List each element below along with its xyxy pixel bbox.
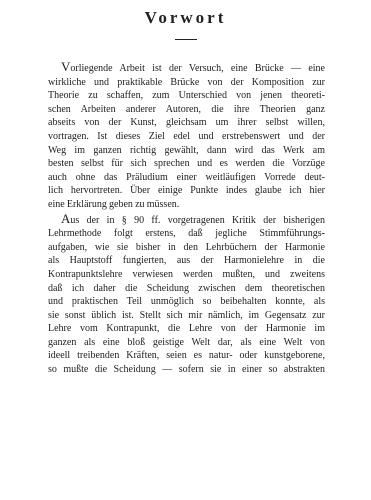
text-line: Vorliegende Arbeit ist der Versuch, eine… [48, 60, 325, 76]
text-line: Weg im ganzen richtig gewählt, dann wird… [48, 144, 325, 158]
preface-text: Vorliegende Arbeit ist der Versuch, eine… [48, 60, 325, 377]
text-line: und praktischen Teil unmöglich so beibeh… [48, 295, 325, 309]
text-line: Lehre vom Kontrapunkt, die Lehre von der… [48, 322, 325, 336]
paragraph: Aus der in § 90 ff. vorgetragenen Kritik… [48, 212, 325, 377]
text-line: abseits von der Kunst, gleichsam um ihre… [48, 116, 325, 130]
text-line: Theorie zu schaffen, zum Unterschied von… [48, 89, 325, 103]
page-title: Vorwort [0, 8, 371, 28]
book-page: Vorwort Vorliegende Arbeit ist der Versu… [0, 8, 371, 500]
text-line: daß ich daher die Scheidung zwischen dem… [48, 282, 325, 296]
text-line: besten selbst für sich sprechen und es w… [48, 157, 325, 171]
text-line: Lehrmethode folgt erstens, daß jegliche … [48, 227, 325, 241]
text-line: aufgaben, wie sie bisher in den Lehrbüch… [48, 241, 325, 255]
text-line: auch ohne das Präludium einer weitläufig… [48, 171, 325, 185]
text-line: sie sonst üblich ist. Stellt sich mir nä… [48, 309, 325, 323]
text-line: schen Arbeiten anderer Autoren, die ihre… [48, 103, 325, 117]
text-line: ideell treibenden Kräften, seien es natu… [48, 349, 325, 363]
text-line: Kontrapunktslehre verwiesen werden mußte… [48, 268, 325, 282]
text-line: lich hervortreten. Über einige Punkte in… [48, 184, 325, 198]
text-line: als Hauptstoff fungierten, aus der Harmo… [48, 254, 325, 268]
text-line: so mußte die Scheidung — sofern sie in e… [48, 363, 325, 377]
paragraph: Vorliegende Arbeit ist der Versuch, eine… [48, 60, 325, 212]
text-line: vortragen. Ist dieses Ziel edel und erst… [48, 130, 325, 144]
text-line: wirkliche und praktikable Brücke von der… [48, 76, 325, 90]
text-line: eine Erklärung geben zu müssen. [48, 198, 325, 212]
text-line: ganzen als eine bloß geistige Welt dar, … [48, 336, 325, 350]
title-divider [175, 39, 197, 40]
text-line: Aus der in § 90 ff. vorgetragenen Kritik… [48, 212, 325, 228]
